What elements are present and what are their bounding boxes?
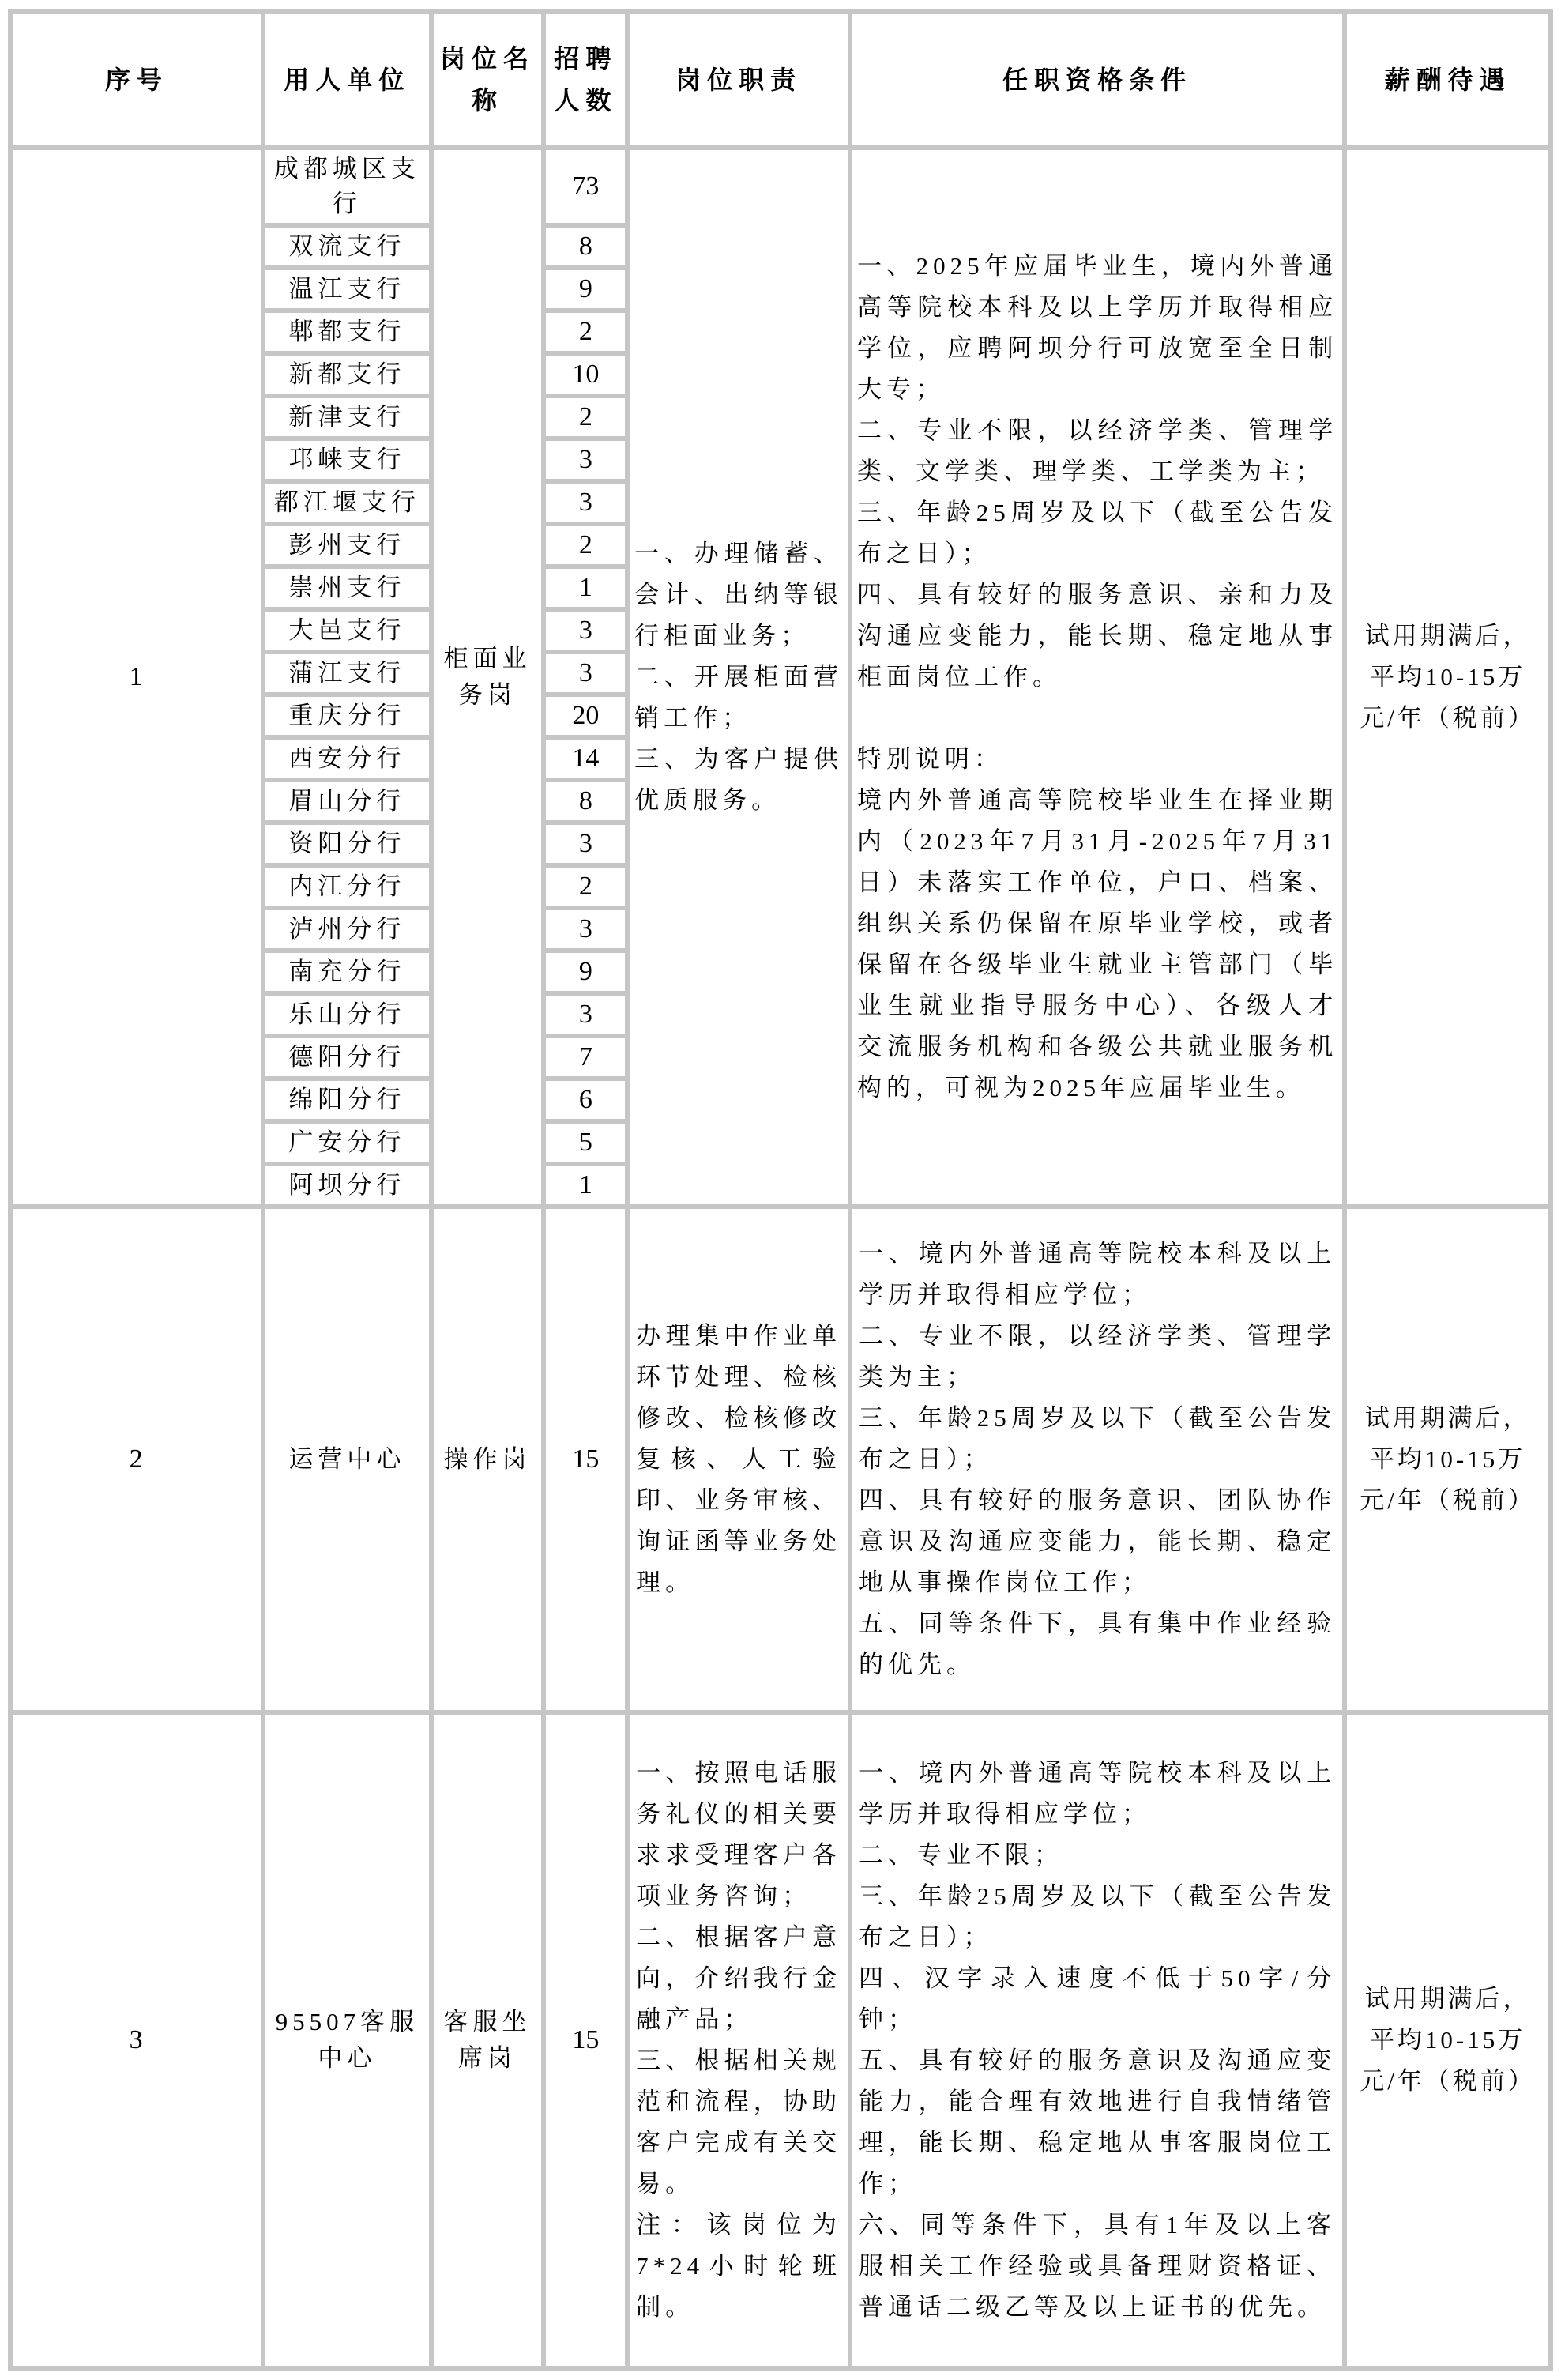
branch-name-cell: 南充分行	[263, 951, 431, 993]
text-paragraph: 三、年龄25周岁及以下（截至公告发布之日）；	[859, 1398, 1336, 1480]
text-paragraph: 四、具有较好的服务意识、团队协作意识及沟通应变能力，能长期、稳定地从事操作岗位工…	[859, 1480, 1336, 1603]
branch-name-cell: 广安分行	[263, 1121, 431, 1164]
text-paragraph: 五、同等条件下，具有集中作业经验的优先。	[859, 1603, 1336, 1685]
branch-count-cell: 1	[544, 1164, 627, 1207]
branch-name-cell: 德阳分行	[263, 1036, 431, 1079]
text-paragraph: 四、汉字录入速度不低于50字/分钟；	[859, 1958, 1336, 2040]
branch-count-cell: 5	[544, 1121, 627, 1164]
branch-name-cell: 资阳分行	[263, 823, 431, 865]
text-paragraph	[857, 698, 1337, 739]
header-count: 招聘人数	[544, 12, 627, 148]
text-paragraph: 二、专业不限；	[859, 1835, 1336, 1876]
text-paragraph: 一、境内外普通高等院校本科及以上学历并取得相应学位；	[859, 1753, 1336, 1835]
branch-name-cell: 温江支行	[263, 268, 431, 311]
text-paragraph: 三、根据相关规范和流程，协助客户完成有关交易。	[636, 2040, 841, 2205]
branch-count-cell: 73	[544, 148, 627, 225]
group3-row: 3 95507客服中心 客服坐席岗 15 一、按照电话服务礼仪的相关要求求受理客…	[10, 1712, 1551, 2368]
branch-name-cell: 绵阳分行	[263, 1079, 431, 1121]
branch-count-cell: 14	[544, 737, 627, 780]
branch-name-cell: 崇州支行	[263, 567, 431, 609]
text-paragraph: 特别说明：	[857, 739, 1337, 780]
salary-cell: 试用期满后，平均10-15万元/年（税前）	[1345, 1712, 1551, 2368]
branch-name-cell: 内江分行	[263, 865, 431, 908]
branch-count-cell: 2	[544, 311, 627, 353]
branch-count-cell: 3	[544, 481, 627, 524]
branch-count-cell: 20	[544, 695, 627, 737]
branch-name-cell: 眉山分行	[263, 780, 431, 823]
branch-name-cell: 成都城区支行	[263, 148, 431, 225]
branch-count-cell: 1	[544, 567, 627, 609]
duties-cell: 办理集中作业单环节处理、检核修改、检核修改复核、人工验印、业务审核、询证函等业务…	[627, 1207, 850, 1712]
seq-cell: 2	[10, 1207, 263, 1712]
branch-count-cell: 3	[544, 993, 627, 1036]
text-paragraph: 三、年龄25周岁及以下（截至公告发布之日）；	[857, 492, 1337, 574]
text-paragraph: 注：该岗位为7*24小时轮班制。	[636, 2205, 841, 2328]
branch-count-cell: 9	[544, 268, 627, 311]
branch-name-cell: 新津支行	[263, 396, 431, 439]
qualifications-cell: 一、境内外普通高等院校本科及以上学历并取得相应学位；二、专业不限，以经济学类、管…	[850, 1207, 1345, 1712]
recruitment-table: 序号 用人单位 岗位名称 招聘人数 岗位职责 任职资格条件 薪酬待遇 1 成都城…	[8, 9, 1553, 2371]
branch-name-cell: 阿坝分行	[263, 1164, 431, 1207]
branch-name-cell: 重庆分行	[263, 695, 431, 737]
seq-cell: 3	[10, 1712, 263, 2368]
branch-count-cell: 8	[544, 780, 627, 823]
duties-cell: 一、办理储蓄、会计、出纳等银行柜面业务；二、开展柜面营销工作；三、为客户提供优质…	[627, 148, 850, 1207]
header-position: 岗位名称	[431, 12, 544, 148]
salary-cell: 试用期满后，平均10-15万元/年（税前）	[1345, 1207, 1551, 1712]
branch-name-cell: 都江堰支行	[263, 481, 431, 524]
group2-row: 2 运营中心 操作岗 15 办理集中作业单环节处理、检核修改、检核修改复核、人工…	[10, 1207, 1551, 1712]
branch-name-cell: 西安分行	[263, 737, 431, 780]
group1-first-row: 1 成都城区支行 柜面业务岗 73 一、办理储蓄、会计、出纳等银行柜面业务；二、…	[10, 148, 1551, 225]
text-paragraph: 一、办理储蓄、会计、出纳等银行柜面业务；	[634, 533, 843, 657]
header-seq: 序号	[10, 12, 263, 148]
count-cell: 15	[544, 1712, 627, 2368]
text-paragraph: 一、按照电话服务礼仪的相关要求求受理客户各项业务咨询；	[636, 1753, 841, 1917]
duties-cell: 一、按照电话服务礼仪的相关要求求受理客户各项业务咨询；二、根据客户意向，介绍我行…	[627, 1712, 850, 2368]
count-cell: 15	[544, 1207, 627, 1712]
branch-count-cell: 3	[544, 609, 627, 652]
branch-count-cell: 2	[544, 396, 627, 439]
header-qualifications: 任职资格条件	[850, 12, 1345, 148]
branch-count-cell: 3	[544, 823, 627, 865]
branch-count-cell: 7	[544, 1036, 627, 1079]
text-paragraph: 二、根据客户意向，介绍我行金融产品；	[636, 1917, 841, 2040]
branch-name-cell: 彭州支行	[263, 524, 431, 567]
header-employer: 用人单位	[263, 12, 431, 148]
employer-cell: 95507客服中心	[263, 1712, 431, 2368]
branch-count-cell: 3	[544, 652, 627, 695]
branch-name-cell: 泸州分行	[263, 908, 431, 951]
branch-name-cell: 蒲江支行	[263, 652, 431, 695]
header-salary: 薪酬待遇	[1345, 12, 1551, 148]
branch-name-cell: 大邑支行	[263, 609, 431, 652]
header-row: 序号 用人单位 岗位名称 招聘人数 岗位职责 任职资格条件 薪酬待遇	[10, 12, 1551, 148]
text-paragraph: 二、开展柜面营销工作；	[634, 657, 843, 739]
position-cell: 操作岗	[431, 1207, 544, 1712]
text-paragraph: 一、境内外普通高等院校本科及以上学历并取得相应学位；	[859, 1233, 1336, 1316]
seq-cell: 1	[10, 148, 263, 1207]
position-cell: 客服坐席岗	[431, 1712, 544, 2368]
branch-count-cell: 9	[544, 951, 627, 993]
salary-cell: 试用期满后，平均10-15万元/年（税前）	[1345, 148, 1551, 1207]
text-paragraph: 二、专业不限，以经济学类、管理学类为主；	[859, 1316, 1336, 1398]
text-paragraph: 三、年龄25周岁及以下（截至公告发布之日）；	[859, 1876, 1336, 1958]
text-paragraph: 四、具有较好的服务意识、亲和力及沟通应变能力，能长期、稳定地从事柜面岗位工作。	[857, 574, 1337, 698]
text-paragraph: 二、专业不限，以经济学类、管理学类、文学类、理学类、工学类为主；	[857, 410, 1337, 492]
branch-name-cell: 新都支行	[263, 353, 431, 396]
branch-count-cell: 3	[544, 439, 627, 481]
branch-count-cell: 2	[544, 865, 627, 908]
text-paragraph: 一、2025年应届毕业生，境内外普通高等院校本科及以上学历并取得相应学位，应聘阿…	[857, 246, 1337, 410]
branch-name-cell: 邛崃支行	[263, 439, 431, 481]
employer-cell: 运营中心	[263, 1207, 431, 1712]
branch-count-cell: 3	[544, 908, 627, 951]
branch-name-cell: 乐山分行	[263, 993, 431, 1036]
text-paragraph: 三、为客户提供优质服务。	[634, 739, 843, 821]
page: { "colors": { "border": "#c6c6c6", "text…	[0, 9, 1561, 2371]
text-paragraph: 境内外普通高等院校毕业生在择业期内（2023年7月31月-2025年7月31日）…	[857, 780, 1337, 1109]
branch-count-cell: 8	[544, 225, 627, 268]
branch-name-cell: 郫都支行	[263, 311, 431, 353]
qualifications-cell: 一、境内外普通高等院校本科及以上学历并取得相应学位；二、专业不限；三、年龄25周…	[850, 1712, 1345, 2368]
text-paragraph: 六、同等条件下，具有1年及以上客服相关工作经验或具备理财资格证、普通话二级乙等及…	[859, 2205, 1336, 2328]
position-cell: 柜面业务岗	[431, 148, 544, 1207]
branch-count-cell: 6	[544, 1079, 627, 1121]
qualifications-cell: 一、2025年应届毕业生，境内外普通高等院校本科及以上学历并取得相应学位，应聘阿…	[850, 148, 1345, 1207]
branch-count-cell: 10	[544, 353, 627, 396]
branch-count-cell: 2	[544, 524, 627, 567]
header-duties: 岗位职责	[627, 12, 850, 148]
text-paragraph: 五、具有较好的服务意识及沟通应变能力，能合理有效地进行自我情绪管理，能长期、稳定…	[859, 2040, 1336, 2205]
text-paragraph: 办理集中作业单环节处理、检核修改、检核修改复核、人工验印、业务审核、询证函等业务…	[636, 1316, 841, 1603]
branch-name-cell: 双流支行	[263, 225, 431, 268]
